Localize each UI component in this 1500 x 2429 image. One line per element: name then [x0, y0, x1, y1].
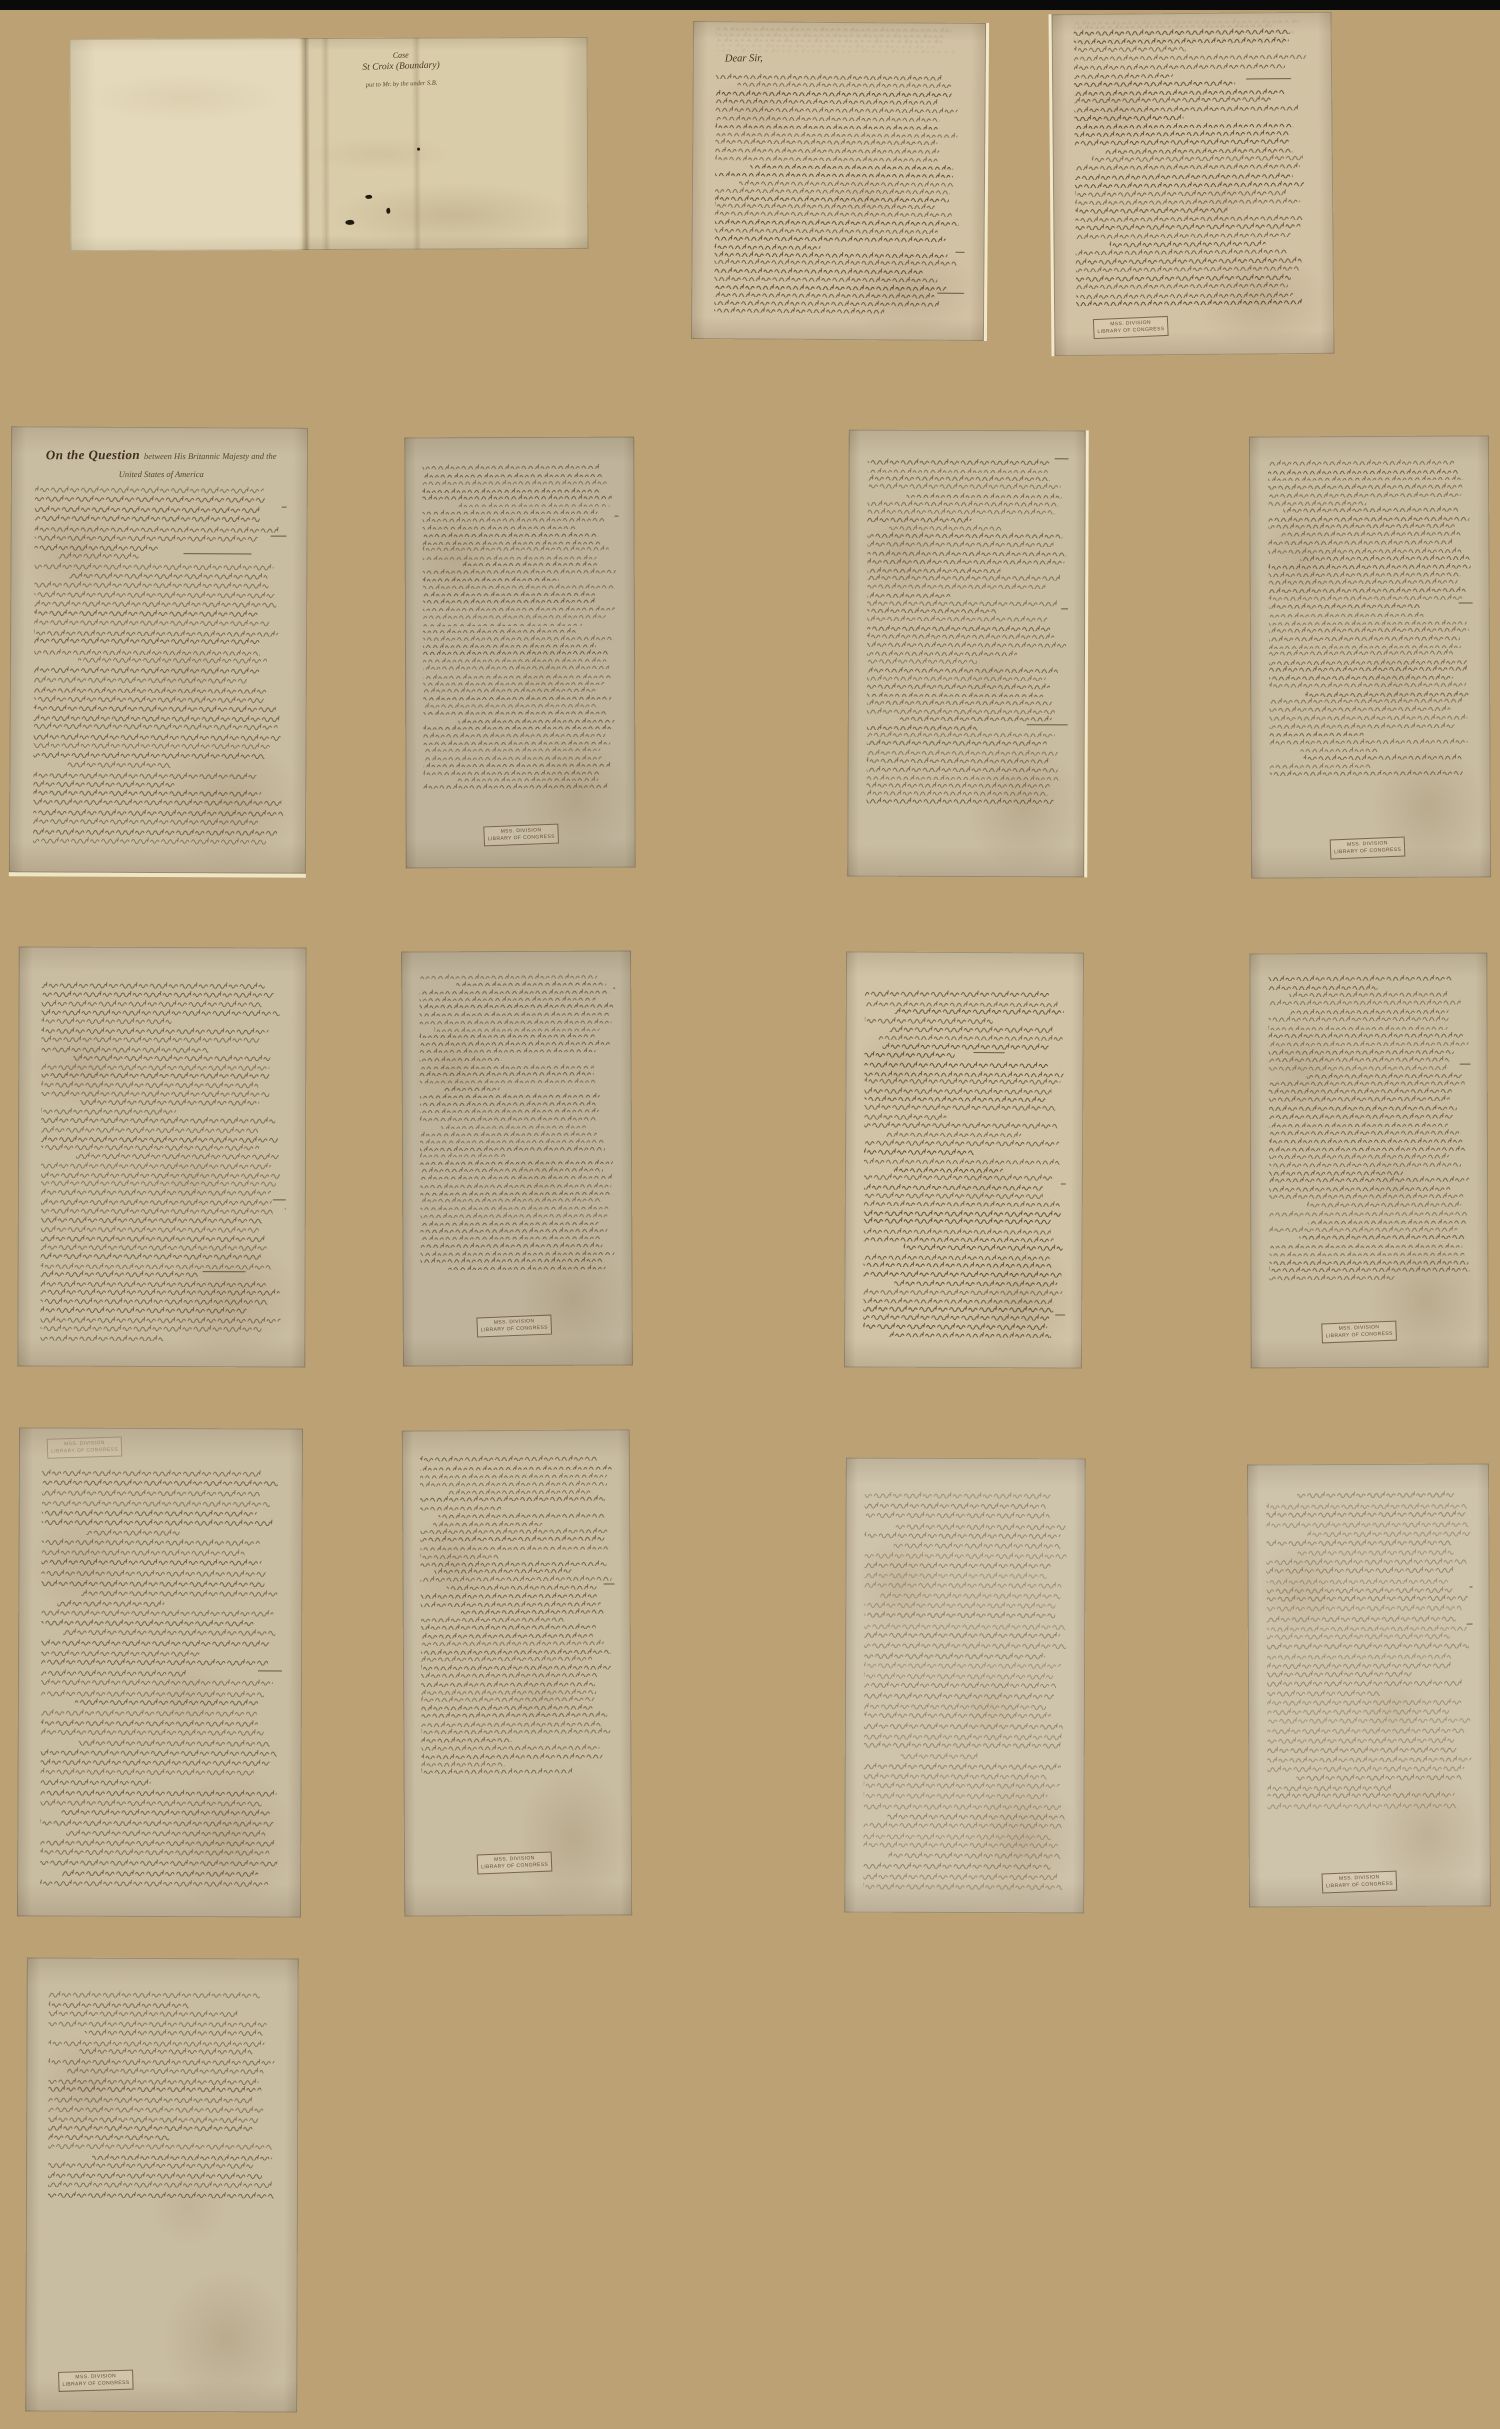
handwriting-line: [41, 1577, 282, 1588]
handwriting-line: [420, 1510, 614, 1519]
library-of-congress-stamp: MSS. DIVISIONLIBRARY OF CONGRESS: [47, 1436, 123, 1458]
underline-stroke: [1459, 602, 1473, 603]
handwriting-line: [867, 506, 1068, 515]
handwriting-line: [1269, 1248, 1471, 1257]
handwriting-line: [1267, 1528, 1473, 1538]
handwriting-line: [864, 1155, 1066, 1165]
handwriting-block: [40, 980, 286, 1342]
page-ms-page-2-3: [847, 430, 1089, 878]
heading-continuation: between His Britannic Majesty and the Un…: [118, 451, 276, 479]
handwriting-line: [420, 1136, 616, 1144]
handwriting-line: [1269, 1135, 1471, 1144]
handwriting-line: [863, 1879, 1067, 1890]
handwriting-line: [422, 1750, 616, 1759]
handwriting-line: [715, 305, 964, 315]
page-ms-page-3-4: MSS. DIVISIONLIBRARY OF CONGRESS: [1249, 953, 1488, 1369]
handwriting-line: [420, 1470, 614, 1479]
ink-blot: [386, 207, 390, 213]
handwriting-line: [864, 1129, 1066, 1139]
handwriting-line: [1268, 1743, 1474, 1753]
handwriting-line: [421, 1210, 617, 1218]
handwriting-line: [716, 46, 965, 53]
handwriting-line: [423, 611, 619, 619]
handwriting-line: [864, 1609, 1068, 1620]
stamp-line-2: LIBRARY OF CONGRESS: [1097, 326, 1164, 336]
handwriting-block: [420, 1454, 615, 1776]
handwriting-block: [863, 1489, 1068, 1890]
handwriting-line: [864, 1739, 1068, 1750]
handwriting-line: [864, 1859, 1068, 1870]
handwriting-line: [420, 1076, 616, 1084]
handwriting-line: [1270, 736, 1474, 745]
handwriting-line: [864, 1759, 1068, 1770]
handwriting-block: [33, 484, 287, 842]
handwriting-line: [423, 529, 619, 537]
page-ms-page-3-1: [17, 946, 306, 1367]
manuscripts-collage: CaseSt Croix (Boundary)put to Mr. by the…: [0, 0, 1500, 2429]
handwriting-line: [421, 1606, 615, 1615]
handwriting-line: [423, 477, 619, 485]
handwriting-line: [865, 1509, 1069, 1520]
handwriting-line: [423, 559, 619, 567]
handwriting-line: [33, 731, 286, 742]
handwriting-line: [1267, 1518, 1473, 1528]
handwriting-line: [423, 567, 619, 575]
ink-blot: [365, 195, 372, 199]
handwriting-line: [1267, 1649, 1473, 1659]
handwriting-line: [1269, 1062, 1471, 1071]
handwriting-line: [865, 1559, 1069, 1570]
page-ms-page-3-2: MSS. DIVISIONLIBRARY OF CONGRESS: [401, 951, 633, 1367]
handwriting-line: [41, 1667, 282, 1678]
handwriting-line: [867, 564, 1068, 573]
handwriting-line: [867, 763, 1068, 772]
handwriting-line: [864, 1819, 1068, 1830]
handwriting-line: [421, 1542, 615, 1551]
handwriting-block: [1268, 458, 1474, 777]
handwriting-line: [864, 1629, 1068, 1640]
underline-stroke: [1470, 1586, 1473, 1587]
bleed-through-writing: [716, 26, 965, 53]
handwriting-line: [41, 1597, 282, 1608]
handwriting-line: [867, 672, 1068, 681]
handwriting-line: [48, 2094, 279, 2104]
handwriting-line: [864, 1839, 1068, 1850]
handwriting-line: [420, 1061, 616, 1069]
handwriting-line: [48, 2056, 279, 2066]
page-ms-page-4-1: MSS. DIVISIONLIBRARY OF CONGRESS: [17, 1427, 303, 1917]
handwriting-line: [423, 515, 619, 523]
handwriting-line: [41, 1052, 286, 1062]
underline-stroke: [203, 1271, 246, 1272]
library-of-congress-stamp: MSS. DIVISIONLIBRARY OF CONGRESS: [1093, 316, 1169, 339]
handwriting-line: [863, 1286, 1065, 1296]
underline-stroke: [1055, 1315, 1065, 1316]
underline-stroke: [282, 507, 287, 508]
underline-stroke: [284, 1208, 285, 1209]
underline-stroke: [955, 252, 964, 253]
underline-stroke: [1246, 78, 1291, 79]
underline-stroke: [1467, 1624, 1473, 1625]
handwriting-line: [34, 560, 287, 571]
handwriting-line: [420, 1462, 614, 1471]
fold-crease: [300, 38, 310, 250]
library-of-congress-stamp: MSS. DIVISIONLIBRARY OF CONGRESS: [1330, 837, 1406, 860]
handwriting-line: [34, 532, 287, 543]
handwriting-line: [33, 702, 286, 713]
handwriting-line: [41, 1124, 286, 1134]
handwriting-line: [1268, 1753, 1474, 1763]
underline-stroke: [1055, 459, 1070, 460]
handwriting-line: [424, 760, 620, 768]
handwriting-line: [867, 498, 1068, 507]
handwriting-line: [41, 1160, 286, 1170]
handwriting-line: [423, 485, 619, 493]
handwriting-line: [867, 755, 1068, 764]
handwriting-block: [1074, 26, 1314, 309]
handwriting-block: [866, 456, 1069, 805]
page-ms-page-4-3: [844, 1458, 1086, 1914]
underline-stroke: [615, 516, 619, 517]
handwriting-line: [423, 492, 619, 500]
handwriting-line: [48, 2018, 279, 2028]
handwriting-line: [867, 689, 1068, 698]
handwriting-line: [421, 1598, 615, 1607]
handwriting-line: [864, 1689, 1068, 1700]
handwriting-line: [864, 1749, 1068, 1760]
page-ms-page-2-4: MSS. DIVISIONLIBRARY OF CONGRESS: [1249, 435, 1491, 878]
handwriting-line: [420, 1180, 616, 1188]
handwriting-line: [40, 1817, 281, 1828]
handwriting-line: [864, 1799, 1068, 1810]
handwriting-line: [865, 1059, 1067, 1069]
handwriting-line: [865, 1539, 1069, 1550]
handwriting-line: [423, 500, 619, 508]
handwriting-block: [1267, 1490, 1474, 1810]
handwriting-line: [40, 1867, 281, 1878]
underline-stroke: [974, 1052, 1005, 1053]
underline-stroke: [184, 554, 251, 555]
handwriting-line: [863, 1277, 1065, 1287]
handwriting-line: [1269, 1127, 1471, 1136]
handwriting-line: [1268, 1762, 1474, 1772]
handwriting-line: [40, 1827, 281, 1838]
handwriting-line: [865, 1569, 1069, 1580]
stamp-line-2: LIBRARY OF CONGRESS: [480, 1325, 547, 1334]
handwriting-line: [864, 1829, 1068, 1840]
handwriting-line: [1269, 1038, 1471, 1047]
handwriting-line: [1269, 1240, 1471, 1249]
handwriting-line: [864, 1779, 1068, 1790]
handwriting-line: [864, 1809, 1068, 1820]
page-ms-page-5-1: MSS. DIVISIONLIBRARY OF CONGRESS: [25, 1958, 299, 2413]
handwriting-line: [41, 1079, 286, 1089]
handwriting-line: [864, 1679, 1068, 1690]
handwriting-line: [420, 1016, 616, 1024]
handwriting-line: [424, 693, 620, 701]
handwriting-line: [34, 683, 287, 694]
handwriting-line: [41, 1507, 282, 1518]
handwriting-line: [41, 1687, 282, 1698]
handwriting-line: [423, 671, 619, 679]
underline-stroke: [1027, 724, 1068, 725]
handwriting-block: [48, 1989, 280, 2199]
handwriting-line: [1267, 1659, 1473, 1669]
library-of-congress-stamp: MSS. DIVISIONLIBRARY OF CONGRESS: [1322, 1321, 1398, 1343]
handwriting-line: [33, 835, 286, 846]
handwriting-line: [33, 768, 286, 779]
handwriting-line: [865, 1529, 1069, 1540]
underline-stroke: [603, 1584, 614, 1585]
handwriting-line: [48, 2103, 279, 2113]
handwriting-line: [867, 697, 1068, 706]
handwriting-block: [420, 971, 617, 1271]
handwriting-line: [864, 1659, 1068, 1670]
handwriting-line: [864, 1849, 1068, 1860]
handwriting-line: [864, 1639, 1068, 1650]
handwriting-line: [48, 2065, 279, 2075]
page-ms-page-3-3: [844, 951, 1084, 1368]
handwriting-line: [863, 1268, 1065, 1278]
page-letter-page-2: MSS. DIVISIONLIBRARY OF CONGRESS: [1049, 12, 1335, 356]
handwriting-line: [420, 1068, 616, 1076]
handwriting-line: [422, 1742, 616, 1751]
library-of-congress-stamp: MSS. DIVISIONLIBRARY OF CONGRESS: [476, 1315, 552, 1337]
handwriting-block: [1268, 973, 1471, 1281]
handwriting-line: [865, 1549, 1069, 1560]
handwriting-line: [421, 1590, 615, 1599]
handwriting-line: [867, 647, 1068, 656]
handwriting-line: [864, 1729, 1068, 1740]
handwriting-block: [863, 989, 1067, 1339]
handwriting-line: [867, 639, 1068, 648]
handwriting-line: [1268, 1799, 1474, 1809]
handwriting-line: [48, 1999, 279, 2009]
handwriting-line: [1269, 712, 1473, 721]
underline-stroke: [1061, 608, 1068, 609]
handwriting-line: [864, 1599, 1068, 1610]
top-black-bar: [0, 0, 1500, 10]
handwriting-line: [421, 1678, 615, 1687]
handwriting-line: [865, 1579, 1069, 1590]
page-ms-page-4-2: MSS. DIVISIONLIBRARY OF CONGRESS: [402, 1429, 633, 1916]
page-question-page: On the Questionbetween His Britannic Maj…: [9, 426, 308, 878]
handwriting-line: [867, 656, 1068, 665]
library-of-congress-stamp: MSS. DIVISIONLIBRARY OF CONGRESS: [477, 1851, 553, 1874]
handwriting-line: [420, 1128, 616, 1136]
underline-stroke: [273, 1199, 286, 1200]
handwriting-line: [864, 1146, 1066, 1156]
handwriting-line: [41, 1637, 282, 1648]
handwriting-line: [33, 825, 286, 836]
handwriting-line: [423, 552, 619, 560]
handwriting-line: [42, 1467, 283, 1478]
page-heading: On the Questionbetween His Britannic Maj…: [35, 446, 288, 482]
stamp-line-2: LIBRARY OF CONGRESS: [1326, 1331, 1393, 1340]
handwriting-line: [424, 753, 620, 761]
library-of-congress-stamp: MSS. DIVISIONLIBRARY OF CONGRESS: [58, 2370, 134, 2392]
handwriting-line: [41, 1497, 282, 1508]
handwriting-line: [1269, 1256, 1471, 1265]
handwriting-line: [41, 1197, 286, 1207]
handwriting-block: [715, 72, 966, 315]
handwriting-line: [864, 1869, 1068, 1880]
underline-stroke: [271, 535, 287, 536]
handwriting-line: [867, 747, 1068, 756]
stamp-line-2: LIBRARY OF CONGRESS: [51, 1446, 118, 1455]
handwriting-line: [867, 548, 1068, 557]
handwriting-line: [1267, 1612, 1473, 1622]
handwriting-line: [1269, 1208, 1471, 1217]
handwriting-line: [41, 1043, 286, 1053]
handwriting-line: [421, 1218, 617, 1226]
handwriting-line: [420, 1113, 616, 1121]
handwriting-line: [420, 1478, 614, 1487]
handwriting-line: [42, 998, 287, 1008]
handwriting-line: [40, 1717, 281, 1728]
handwriting-block: [423, 463, 620, 791]
handwriting-line: [34, 522, 287, 533]
handwriting-line: [864, 1669, 1068, 1680]
underline-stroke: [1460, 1064, 1471, 1065]
handwriting-line: [40, 1332, 285, 1342]
handwriting-line: [1269, 1264, 1471, 1273]
library-of-congress-stamp: MSS. DIVISIONLIBRARY OF CONGRESS: [483, 823, 559, 845]
handwriting-line: [1269, 1200, 1471, 1209]
handwriting-line: [864, 1719, 1068, 1730]
stamp-line-2: LIBRARY OF CONGRESS: [62, 2380, 129, 2389]
handwriting-line: [864, 1769, 1068, 1780]
handwriting-line: [41, 1567, 282, 1578]
handwriting-line: [865, 1489, 1069, 1500]
page-letter-page-1: Dear Sir,: [691, 21, 989, 341]
stamp-line-2: LIBRARY OF CONGRESS: [488, 833, 555, 842]
library-of-congress-stamp: MSS. DIVISIONLIBRARY OF CONGRESS: [1321, 1870, 1397, 1892]
handwriting-line: [864, 1649, 1068, 1660]
handwriting-line: [421, 1240, 617, 1248]
handwriting-line: [864, 1589, 1068, 1600]
handwriting-line: [868, 456, 1069, 465]
handwriting-line: [423, 470, 619, 478]
handwriting-line: [1267, 1575, 1473, 1585]
handwriting-line: [865, 1499, 1069, 1510]
handwriting-line: [864, 1699, 1068, 1710]
handwriting-line: [40, 1877, 281, 1888]
page-folded-cover: CaseSt Croix (Boundary)put to Mr. by the…: [70, 37, 589, 251]
underline-stroke: [258, 1670, 282, 1671]
handwriting-line: [33, 693, 286, 704]
handwriting-line: [48, 2113, 279, 2123]
handwriting-line: [867, 664, 1068, 673]
handwriting-line: [423, 582, 619, 590]
handwriting-line: [1267, 1640, 1473, 1650]
handwriting-line: [864, 1619, 1068, 1630]
handwriting-line: [420, 1143, 616, 1151]
stamp-line-2: LIBRARY OF CONGRESS: [1334, 847, 1401, 856]
handwriting-line: [423, 507, 619, 515]
page-ms-page-2-2: MSS. DIVISIONLIBRARY OF CONGRESS: [404, 437, 636, 869]
handwriting-line: [424, 782, 620, 790]
handwriting-block: [40, 1467, 283, 1889]
handwriting-line: [1270, 768, 1474, 777]
handwriting-line: [865, 1519, 1069, 1530]
handwriting-line: [866, 797, 1067, 806]
docket-inscription: CaseSt Croix (Boundary)put to Mr. by the…: [328, 47, 474, 91]
handwriting-line: [867, 556, 1068, 565]
handwriting-line: [422, 1766, 616, 1775]
underline-stroke: [613, 987, 615, 988]
handwriting-line: [864, 1137, 1066, 1147]
handwriting-line: [867, 680, 1068, 689]
handwriting-line: [864, 1709, 1068, 1720]
page-ms-page-4-4: MSS. DIVISIONLIBRARY OF CONGRESS: [1247, 1463, 1491, 1907]
handwriting-line: [1076, 297, 1314, 308]
handwriting-line: [1270, 720, 1474, 729]
handwriting-line: [1269, 1119, 1471, 1128]
heading-main: On the Question: [46, 447, 140, 462]
handwriting-line: [863, 1330, 1065, 1340]
letter-salutation: Dear Sir,: [725, 55, 763, 66]
underline-stroke: [1060, 1184, 1066, 1185]
handwriting-line: [48, 2189, 279, 2199]
handwriting-line: [41, 1088, 286, 1098]
handwriting-line: [421, 1263, 617, 1271]
underline-stroke: [937, 292, 964, 293]
handwriting-line: [864, 1789, 1068, 1800]
handwriting-line: [1268, 1734, 1474, 1744]
handwriting-line: [1269, 1159, 1471, 1168]
handwriting-line: [863, 1295, 1065, 1305]
handwriting-line: [1269, 1272, 1471, 1281]
handwriting-line: [1268, 489, 1472, 498]
